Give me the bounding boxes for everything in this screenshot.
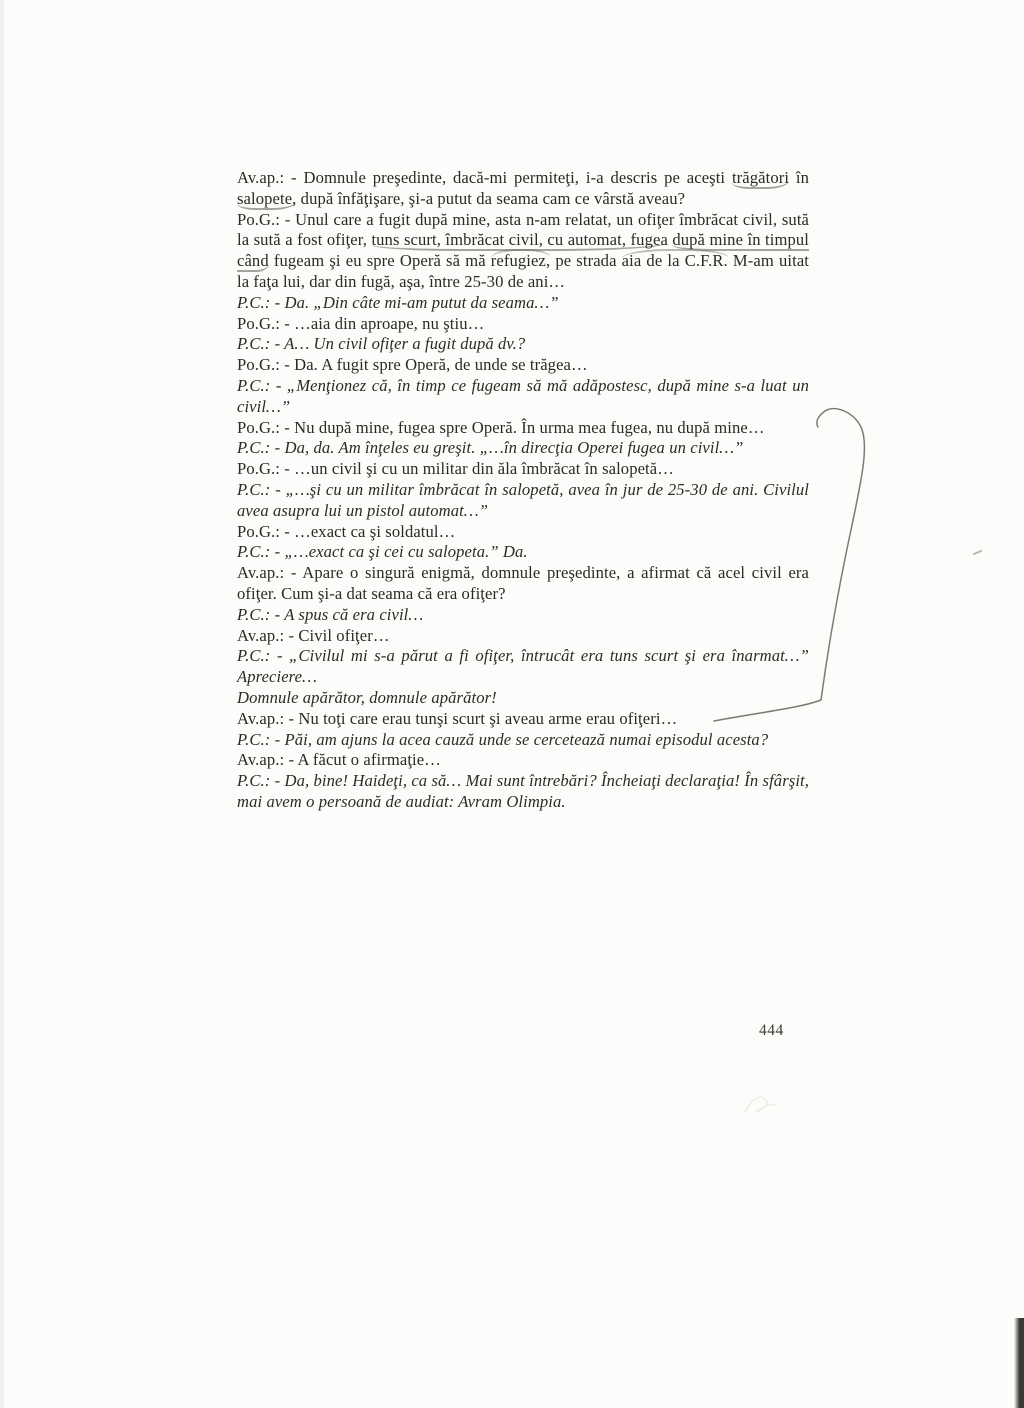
paragraph: Av.ap.: - Apare o singură enigmă, domnul… [237,563,809,605]
paragraph: P.C.: - „Menţionez că, în timp ce fugeam… [237,376,809,418]
pencil-marked-text: refugiez, [491,249,550,270]
text-segment: Domnule apărător, domnule apărător! [237,688,497,707]
text-segment: P.C.: - „…şi cu un militar îmbrăcat în s… [237,480,809,520]
paragraph: Av.ap.: - Nu toţi care erau tunşi scurt … [237,709,809,730]
text-segment: P.C.: - „…exact ca şi cei cu salopeta.” … [237,542,528,561]
text-segment: P.C.: - „Civilul mi s-a părut a fi ofiţe… [237,646,809,686]
paragraph: Po.G.: - Da. A fugit spre Operă, de unde… [237,355,809,376]
text-segment: în [789,168,809,187]
scanned-document-page: Av.ap.: - Domnule preşedinte, dacă-mi pe… [0,0,1024,1408]
paragraph: P.C.: - Da. „Din câte mi-am putut da sea… [237,293,809,314]
text-segment: fugeam şi eu spre Operă să mă [269,251,491,270]
paragraph: Av.ap.: - A făcut o afirmaţie… [237,750,809,771]
paragraph: Domnule apărător, domnule apărător! [237,688,809,709]
paragraph: Av.ap.: - Domnule preşedinte, dacă-mi pe… [237,168,809,210]
text-segment: Po.G.: - …aia din aproape, nu ştiu… [237,314,484,333]
text-segment: P.C.: - Da, da. Am înţeles eu greşit. „…… [237,438,744,457]
paragraph: Po.G.: - Nu după mine, fugea spre Operă.… [237,418,809,439]
pencil-marked-text: trăgători [732,168,789,189]
paragraph: P.C.: - A spus că era civil… [237,605,809,626]
paragraph: Po.G.: - Unul care a fugit după mine, as… [237,210,809,293]
scan-edge-bottom-right [1014,1318,1024,1408]
text-segment: Av.ap.: - Apare o singură enigmă, domnul… [237,563,809,603]
paragraph: P.C.: - „Civilul mi s-a părut a fi ofiţe… [237,646,809,688]
pencil-marked-text: aia de la C.F.R. [622,249,728,270]
text-segment: Po.G.: - Nu după mine, fugea spre Operă.… [237,418,765,437]
text-segment: Po.G.: - Da. A fugit spre Operă, de unde… [237,355,588,374]
paragraph: Po.G.: - …exact ca şi soldatul… [237,522,809,543]
text-segment: Po.G.: - …un civil şi cu un militar din … [237,459,674,478]
text-segment: după înfăţişare, şi-a putut da seama cam… [296,189,685,208]
text-segment: Av.ap.: - A făcut o afirmaţie… [237,750,441,769]
paragraph: P.C.: - „…exact ca şi cei cu salopeta.” … [237,542,809,563]
paragraph: Po.G.: - …un civil şi cu un militar din … [237,459,809,480]
paragraph: P.C.: - Da, bine! Haideţi, ca să… Mai su… [237,771,809,813]
text-segment: P.C.: - A spus că era civil… [237,605,423,624]
paragraph: P.C.: - Da, da. Am înţeles eu greşit. „…… [237,438,809,459]
text-segment: Av.ap.: - Domnule preşedinte, dacă-mi pe… [237,168,732,187]
text-segment: P.C.: - „Menţionez că, în timp ce fugeam… [237,376,809,416]
text-block: Av.ap.: - Domnule preşedinte, dacă-mi pe… [237,168,809,813]
text-segment: P.C.: - Da. „Din câte mi-am putut da sea… [237,293,559,312]
text-segment: P.C.: - Da, bine! Haideţi, ca să… Mai su… [237,771,809,811]
pencil-marked-text: salopete, [237,189,296,210]
text-segment: pe strada [550,251,621,270]
margin-speck-mark [974,551,981,554]
faint-scribble-mark [745,1097,776,1112]
scan-edge-left [0,0,4,1408]
text-segment: P.C.: - A… Un civil ofiţer a fugit după … [237,334,525,353]
text-segment: Av.ap.: - Civil ofiţer… [237,626,390,645]
text-segment: Po.G.: - …exact ca şi soldatul… [237,522,455,541]
paragraph: P.C.: - „…şi cu un militar îmbrăcat în s… [237,480,809,522]
text-segment: P.C.: - Păi, am ajuns la acea cauză unde… [237,730,768,749]
page-number: 444 [759,1022,784,1040]
paragraph: Av.ap.: - Civil ofiţer… [237,626,809,647]
paragraph: P.C.: - A… Un civil ofiţer a fugit după … [237,334,809,355]
text-segment: Av.ap.: - Nu toţi care erau tunşi scurt … [237,709,677,728]
paragraph: P.C.: - Păi, am ajuns la acea cauză unde… [237,730,809,751]
paragraph: Po.G.: - …aia din aproape, nu ştiu… [237,314,809,335]
